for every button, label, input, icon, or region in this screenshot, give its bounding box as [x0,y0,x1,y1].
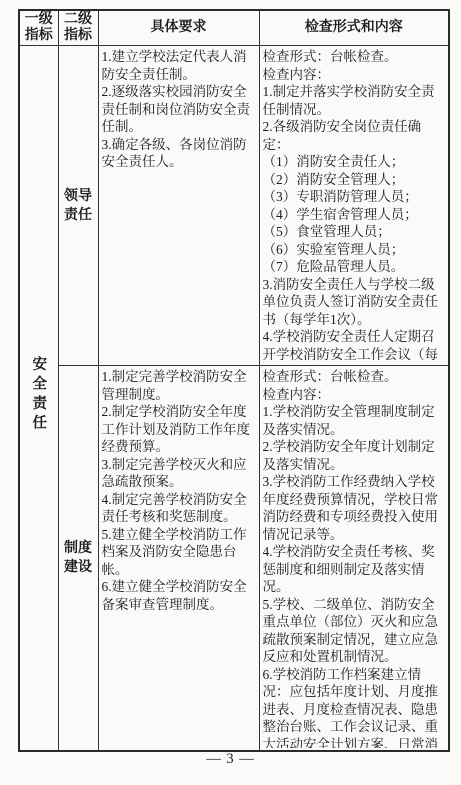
cell-inspection: 检查形式：台帐检查。检查内容：1.学校消防安全管理制度制定及落实情况。2.学校消… [259,366,449,751]
cell-paragraph: 3.消防安全责任人与学校二级单位负责人签订消防安全责任书（每学年1次）。 [263,276,447,329]
header-level2-indicator: 二级指标 [58,10,98,46]
cell-paragraph: （3）专职消防管理人员； [263,188,447,206]
requirements-text-block: 1.建立学校法定代表人消防安全责任制。2.逐级落实校园消防安全责任制和岗位消防安… [102,48,257,171]
cell-paragraph: （2）消防安全管理人； [263,171,447,189]
document-page: 一级指标 二级指标 具体要求 检查形式和内容 安全责任 领导责任 1.建立学校法… [0,0,461,785]
cell-paragraph: 4.制定完善学校消防安全责任考核和奖惩制度。 [102,491,257,526]
cell-paragraph: 检查内容： [263,386,447,404]
table-row-institution: 制度建设 1.制定完善学校消防安全管理制度。2.制定学校消防安全年度工作计划及消… [19,366,449,751]
cell-paragraph: （1）消防安全责任人； [263,153,447,171]
inspection-text-block: 检查形式：台帐检查。检查内容：1.制定并落实学校消防安全责任制情况。2.各级消防… [263,48,447,362]
cell-paragraph: 5.建立健全学校消防工作档案及消防安全隐患台帐。 [102,526,257,579]
inspection-text-block: 检查形式：台帐检查。检查内容：1.学校消防安全管理制度制定及落实情况。2.学校消… [263,368,447,748]
cell-paragraph: 2.逐级落实校园消防安全责任制和岗位消防安全责任制。 [102,83,257,136]
requirements-text-block: 1.制定完善学校消防安全管理制度。2.制定学校消防安全年度工作计划及消防工作年度… [102,368,257,613]
cell-requirements: 1.建立学校法定代表人消防安全责任制。2.逐级落实校园消防安全责任制和岗位消防安… [98,46,259,366]
cell-paragraph: 1.制定并落实学校消防安全责任制情况。 [263,83,447,118]
level1-indicator-label: 安全责任 [28,356,49,434]
cell-paragraph: 4.学校消防安全责任考核、奖惩制度和细则制定及落实情况。 [263,543,447,596]
table-header-row: 一级指标 二级指标 具体要求 检查形式和内容 [19,10,449,46]
cell-paragraph: 3.学校消防工作经费纳入学校年度经费预算情况，学校日常消防经费和专项经费投入使用… [263,473,447,543]
cell-level2-indicator: 制度建设 [58,366,98,751]
cell-paragraph: 检查内容： [263,66,447,84]
cell-paragraph: 2.各级消防安全岗位责任确定： [263,118,447,153]
header-specific-requirements: 具体要求 [98,10,259,46]
cell-paragraph: （6）实验室管理人员； [263,241,447,259]
cell-paragraph: 1.制定完善学校消防安全管理制度。 [102,368,257,403]
cell-paragraph: 3.确定各级、各岗位消防安全责任人。 [102,136,257,171]
cell-paragraph: 检查形式：台帐检查。 [263,368,447,386]
table-row-leadership: 安全责任 领导责任 1.建立学校法定代表人消防安全责任制。2.逐级落实校园消防安… [19,46,449,366]
page-number: — 3 — [0,751,461,768]
cell-paragraph: 1.学校消防安全管理制度制定及落实情况。 [263,403,447,438]
header-inspection-form-content: 检查形式和内容 [259,10,449,46]
cell-paragraph: （7）危险品管理人员。 [263,258,447,276]
cell-paragraph: （4）学生宿舍管理人员； [263,206,447,224]
cell-paragraph: 6.建立健全学校消防安全备案审查管理制度。 [102,578,257,613]
cell-paragraph: 3.制定完善学校灭火和应急疏散预案。 [102,456,257,491]
cell-level2-indicator: 领导责任 [58,46,98,366]
cell-level1-indicator: 安全责任 [19,46,58,751]
cell-paragraph: （5）食堂管理人员； [263,223,447,241]
cell-paragraph: 2.学校消防安全年度计划制定及落实情况。 [263,438,447,473]
cell-paragraph: 4.学校消防安全责任人定期召开学校消防安全工作会议（每学年至少1次）。 [263,328,447,362]
cell-requirements: 1.制定完善学校消防安全管理制度。2.制定学校消防安全年度工作计划及消防工作年度… [98,366,259,751]
cell-paragraph: 5.学校、二级单位、消防安全重点单位（部位）灭火和应急疏散预案制定情况，建立应急… [263,596,447,666]
cell-paragraph: 1.建立学校法定代表人消防安全责任制。 [102,48,257,83]
cell-inspection: 检查形式：台帐检查。检查内容：1.制定并落实学校消防安全责任制情况。2.各级消防… [259,46,449,366]
inspection-requirements-table: 一级指标 二级指标 具体要求 检查形式和内容 安全责任 领导责任 1.建立学校法… [18,9,450,752]
cell-paragraph: 6.学校消防工作档案建立情况：应包括年度计划、月度推进表、月度检查情况表、隐患整… [263,666,447,749]
cell-paragraph: 2.制定学校消防安全年度工作计划及消防工作年度经费预算。 [102,403,257,456]
cell-paragraph: 检查形式：台帐检查。 [263,48,447,66]
header-level1-indicator: 一级指标 [19,10,58,46]
